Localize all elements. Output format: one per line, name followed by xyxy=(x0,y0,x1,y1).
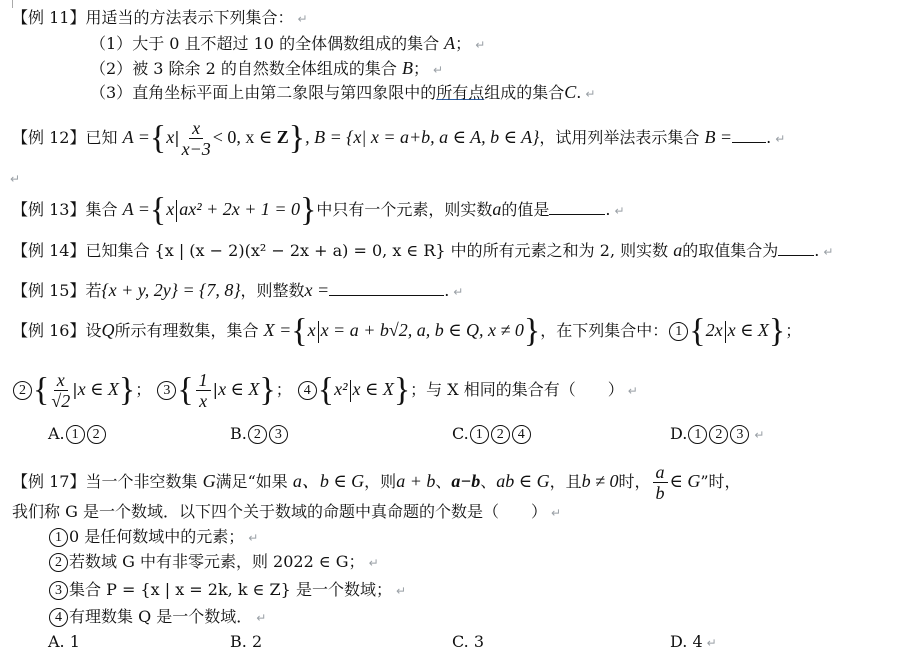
paragraph-mark-icon: ↵ xyxy=(453,285,463,299)
paragraph-mark-icon: ↵ xyxy=(707,636,717,650)
example-text: 若 xyxy=(85,281,101,300)
end-mark: . xyxy=(814,241,819,260)
example-17-choice-c[interactable]: C. 3 xyxy=(452,632,484,652)
circled-number: 1 xyxy=(66,425,85,444)
variable-a: a xyxy=(673,240,682,260)
product-expr: ab ∈ G xyxy=(496,471,549,491)
example-tag: 【例 17】 xyxy=(12,472,85,491)
answer-ask: x = xyxy=(305,280,330,300)
integer-set-symbol: Z xyxy=(277,127,289,147)
example-text: ，则整数 xyxy=(241,281,305,300)
membership-expr: a、b ∈ G xyxy=(293,471,364,491)
example-text: 时， xyxy=(619,472,651,491)
choice-letter: A. xyxy=(48,424,65,443)
sum-expr: a + b xyxy=(396,471,435,491)
paragraph-mark-icon: ↵ xyxy=(754,428,764,442)
example-text: 的取值集合为 xyxy=(682,241,778,260)
right-brace: } xyxy=(289,120,305,157)
example-text: ，在下列集合中： xyxy=(540,321,668,340)
circled-number: 4 xyxy=(298,381,317,400)
example-12: 【例 12】已知 A ={x|xx−3< 0, x ∈ Z}, B = {x| … xyxy=(12,114,785,162)
paragraph-mark-icon: ↵ xyxy=(615,204,625,218)
proposition-1: 10 是任何数域中的元素；↵ xyxy=(48,527,258,548)
example-15: 【例 15】若{x + y, 2y} = {7, 8}，则整数x =.↵ xyxy=(12,280,463,302)
choice-value: 3 xyxy=(474,632,484,651)
circled-number: 1 xyxy=(688,425,707,444)
item-end: ； xyxy=(413,59,429,78)
paragraph-mark-icon: ↵ xyxy=(585,87,595,101)
numerator: 1 xyxy=(196,370,211,391)
option-condition: x ∈ X xyxy=(728,320,769,340)
example-11-item-1: （1）大于 0 且不超过 10 的全体偶数组成的集合 A；↵ xyxy=(90,33,485,55)
example-tag: 【例 16】 xyxy=(12,321,85,340)
circled-number: 2 xyxy=(49,553,68,572)
right-brace: } xyxy=(259,372,275,409)
numerator: a xyxy=(653,462,668,483)
paragraph-mark-icon: ↵ xyxy=(628,384,638,398)
denominator: x−3 xyxy=(182,139,211,159)
example-16-choice-d[interactable]: D.123↵ xyxy=(670,424,764,445)
end-mark: . xyxy=(605,200,610,219)
example-tag: 【例 15】 xyxy=(12,281,85,300)
separator: 、 xyxy=(435,472,451,491)
paragraph-mark-icon: ↵ xyxy=(775,132,785,146)
fraction: x√2 xyxy=(51,370,70,411)
choice-letter: A. xyxy=(48,632,65,651)
example-text: ，且 xyxy=(550,472,582,491)
circled-number: 4 xyxy=(512,425,531,444)
question-text: ；与 X 相同的集合有（ ） xyxy=(410,380,624,399)
example-text: 当一个非空数集 xyxy=(85,472,197,491)
choice-letter: B. xyxy=(230,424,247,443)
option-expression: 2x xyxy=(706,320,723,340)
example-text: 已知 xyxy=(85,128,117,147)
empty-paragraph: ↵ xyxy=(10,168,20,189)
choice-value: 4 xyxy=(692,632,702,651)
set-x-lhs: X = xyxy=(264,320,292,340)
left-brace: { xyxy=(33,372,49,409)
choice-letter: D. xyxy=(670,424,687,443)
example-tag: 【例 12】 xyxy=(12,128,85,147)
example-text: 中只有一个元素，则实数 xyxy=(316,200,492,219)
proposition-text: 若数域 G 中有非零元素，则 2022 ∈ G； xyxy=(69,552,365,571)
proposition-2: 2若数域 G 中有非零元素，则 2022 ∈ G；↵ xyxy=(48,552,379,573)
left-brace: { xyxy=(150,120,166,157)
circled-number: 2 xyxy=(491,425,510,444)
answer-blank[interactable] xyxy=(329,281,444,296)
circled-number: 2 xyxy=(13,381,32,400)
option-expression: x² xyxy=(334,379,347,399)
example-17-line-2: 我们称 G 是一个数域．以下四个关于数域的命题中真命题的个数是（ ）↵ xyxy=(12,502,561,523)
circled-number: 4 xyxy=(49,608,68,627)
set-variable: B xyxy=(402,58,413,78)
right-brace: } xyxy=(524,313,540,350)
set-variable: A xyxy=(444,33,455,53)
circled-number: 1 xyxy=(470,425,489,444)
example-text: 的值是 xyxy=(501,200,549,219)
fraction: 1x xyxy=(196,370,211,411)
example-16-line-2: 2{x√2|x ∈ X}； 3{1x|x ∈ X}； 4{x²x ∈ X}；与 … xyxy=(12,364,638,416)
set-var: x xyxy=(166,127,174,147)
choice-value: 1 xyxy=(70,632,80,651)
separator: 、 xyxy=(480,472,496,491)
example-11-item-2: （2）被 3 除余 2 的自然数全体组成的集合 B；↵ xyxy=(90,58,443,80)
circled-number: 2 xyxy=(709,425,728,444)
example-17-choice-a[interactable]: A. 1 xyxy=(48,632,80,652)
proposition-text: 有理数集 Q 是一个数域． xyxy=(69,607,252,626)
set-a-lhs: A = xyxy=(123,127,150,147)
choice-letter: C. xyxy=(452,424,469,443)
circled-number: 3 xyxy=(157,381,176,400)
paragraph-mark-icon: ↵ xyxy=(433,63,443,77)
example-tag: 【例 13】 xyxy=(12,200,85,219)
numerator: x xyxy=(189,118,203,139)
answer-blank[interactable] xyxy=(732,128,766,143)
paragraph-mark-icon: ↵ xyxy=(248,531,258,545)
right-brace: } xyxy=(769,313,785,350)
circled-number: 3 xyxy=(49,581,68,600)
example-text: 我们称 G 是一个数域．以下四个关于数域的命题中真命题的个数是（ ） xyxy=(12,502,547,521)
set-condition: ax² + 2x + 1 = 0 xyxy=(179,199,300,219)
right-brace: } xyxy=(119,372,135,409)
choice-letter: B. xyxy=(230,632,247,651)
difference-expr: a−b xyxy=(451,471,480,491)
example-text: ”时， xyxy=(700,472,740,491)
example-text: 满足“如果 xyxy=(216,472,288,491)
example-text: 集合 xyxy=(85,200,117,219)
denominator: √2 xyxy=(51,391,70,411)
paragraph-mark-icon: ↵ xyxy=(297,12,307,26)
example-text: 已知集合 {x | (x − 2)(x² − 2x + a) = 0, x ∈ … xyxy=(85,241,668,260)
answer-blank[interactable] xyxy=(549,200,605,215)
left-brace: { xyxy=(177,372,193,409)
set-var: x xyxy=(166,199,174,219)
set-variable: C xyxy=(564,82,576,102)
circled-number: 1 xyxy=(49,528,68,547)
example-16-choice-c[interactable]: C.124 xyxy=(452,424,532,444)
denominator: b xyxy=(656,483,665,503)
example-13: 【例 13】集合 A ={xax² + 2x + 1 = 0}中只有一个元素，则… xyxy=(12,199,625,222)
proposition-text: 集合 P = {x | x = 2k, k ∈ Z} 是一个数域； xyxy=(69,580,392,599)
proposition-text: 0 是任何数域中的元素； xyxy=(69,527,244,546)
example-text: 所示有理数集，集合 xyxy=(114,321,258,340)
item-text: 组成的集合 xyxy=(484,83,564,102)
paragraph-mark-icon: ↵ xyxy=(369,556,379,570)
set-equation: {x + y, 2y} = {7, 8} xyxy=(101,280,240,300)
paragraph-mark-icon: ↵ xyxy=(396,584,406,598)
membership-expr: ∈ G xyxy=(670,471,701,491)
paragraph-mark-icon: ↵ xyxy=(551,506,561,520)
set-condition: < 0, x ∈ xyxy=(213,127,277,147)
proposition-4: 4有理数集 Q 是一个数域．↵ xyxy=(48,607,266,628)
example-11-item-3: （3）直角坐标平面上由第二象限与第四象限中的所有点组成的集合C.↵ xyxy=(90,82,595,104)
such-that-bar xyxy=(176,200,177,222)
example-text: ，试用列举法表示集合 xyxy=(539,128,699,147)
example-prompt: 用适当的方法表示下列集合： xyxy=(85,8,293,27)
paragraph-mark-icon: ↵ xyxy=(256,611,266,625)
right-brace: } xyxy=(300,192,316,229)
fraction: ab xyxy=(653,462,668,503)
item-end: ； xyxy=(455,34,471,53)
option-condition: x ∈ X xyxy=(353,379,394,399)
example-text: ，则 xyxy=(364,472,396,491)
text-cursor xyxy=(12,0,13,8)
set-condition: x = a + b√2, a, b ∈ Q, x ≠ 0 xyxy=(321,320,524,340)
such-that-bar xyxy=(350,380,351,402)
paragraph-mark-icon: ↵ xyxy=(475,38,485,52)
circled-number: 1 xyxy=(669,322,688,341)
left-brace: { xyxy=(291,313,307,350)
circled-number: 3 xyxy=(730,425,749,444)
left-brace: { xyxy=(150,192,166,229)
item-text: 大于 0 且不超过 10 的全体偶数组成的集合 xyxy=(132,34,439,53)
left-brace: { xyxy=(318,372,334,409)
example-11-heading: 【例 11】用适当的方法表示下列集合：↵ xyxy=(12,8,308,29)
proposition-3: 3集合 P = {x | x = 2k, k ∈ Z} 是一个数域；↵ xyxy=(48,580,406,601)
option-condition: x ∈ X xyxy=(78,379,119,399)
numerator: x xyxy=(54,370,68,391)
item-text: 被 3 除余 2 的自然数全体组成的集合 xyxy=(132,59,397,78)
right-brace: } xyxy=(394,372,410,409)
nonzero-condition: b ≠ 0 xyxy=(582,471,619,491)
example-14: 【例 14】已知集合 {x | (x − 2)(x² − 2x + a) = 0… xyxy=(12,240,833,262)
set-b-ask: B = xyxy=(704,127,732,147)
example-text: 设 xyxy=(85,321,101,340)
option-condition: x ∈ X xyxy=(218,379,259,399)
example-tag: 【例 11】 xyxy=(12,8,85,27)
example-16-choice-a[interactable]: A.12 xyxy=(48,424,107,444)
field-symbol: G xyxy=(203,471,216,491)
example-17-line-1: 【例 17】当一个非空数集 G满足“如果 a、b ∈ G，则a + b、a−b、… xyxy=(12,462,741,503)
circled-number: 2 xyxy=(87,425,106,444)
choice-letter: C. xyxy=(452,632,469,651)
example-tag: 【例 14】 xyxy=(12,241,85,260)
end-mark: . xyxy=(444,281,449,300)
left-brace: { xyxy=(689,313,705,350)
circled-number: 2 xyxy=(248,425,267,444)
such-that-bar xyxy=(318,321,319,343)
such-that-bar xyxy=(725,321,726,343)
item-label: （3） xyxy=(90,83,132,102)
answer-blank[interactable] xyxy=(778,241,814,256)
item-text: 直角坐标平面上由第二象限与第四象限中的 xyxy=(132,83,436,102)
item-label: （2） xyxy=(90,59,132,78)
end-mark: . xyxy=(766,128,771,147)
paragraph-mark-icon: ↵ xyxy=(10,172,20,186)
fraction: xx−3 xyxy=(182,118,211,159)
item-end: . xyxy=(576,83,581,102)
example-16-line-1: 【例 16】设Q所示有理数集，集合 X ={xx = a + b√2, a, b… xyxy=(12,320,801,343)
rational-set-symbol: Q xyxy=(101,320,114,340)
set-b-definition: , B = {x| x = a+b, a ∈ A, b ∈ A} xyxy=(305,127,539,147)
set-a-lhs: A = xyxy=(123,199,150,219)
circled-number: 3 xyxy=(269,425,288,444)
denominator: x xyxy=(199,391,207,411)
example-17-choice-d[interactable]: D. 4↵ xyxy=(670,632,717,653)
choice-value: 2 xyxy=(252,632,262,651)
item-label: （1） xyxy=(90,34,132,53)
set-var: x xyxy=(308,320,316,340)
example-17-choice-b[interactable]: B. 2 xyxy=(230,632,262,652)
underlined-text: 所有点 xyxy=(436,83,484,102)
example-16-choice-b[interactable]: B.23 xyxy=(230,424,289,444)
paragraph-mark-icon: ↵ xyxy=(823,245,833,259)
choice-letter: D. xyxy=(670,632,687,651)
